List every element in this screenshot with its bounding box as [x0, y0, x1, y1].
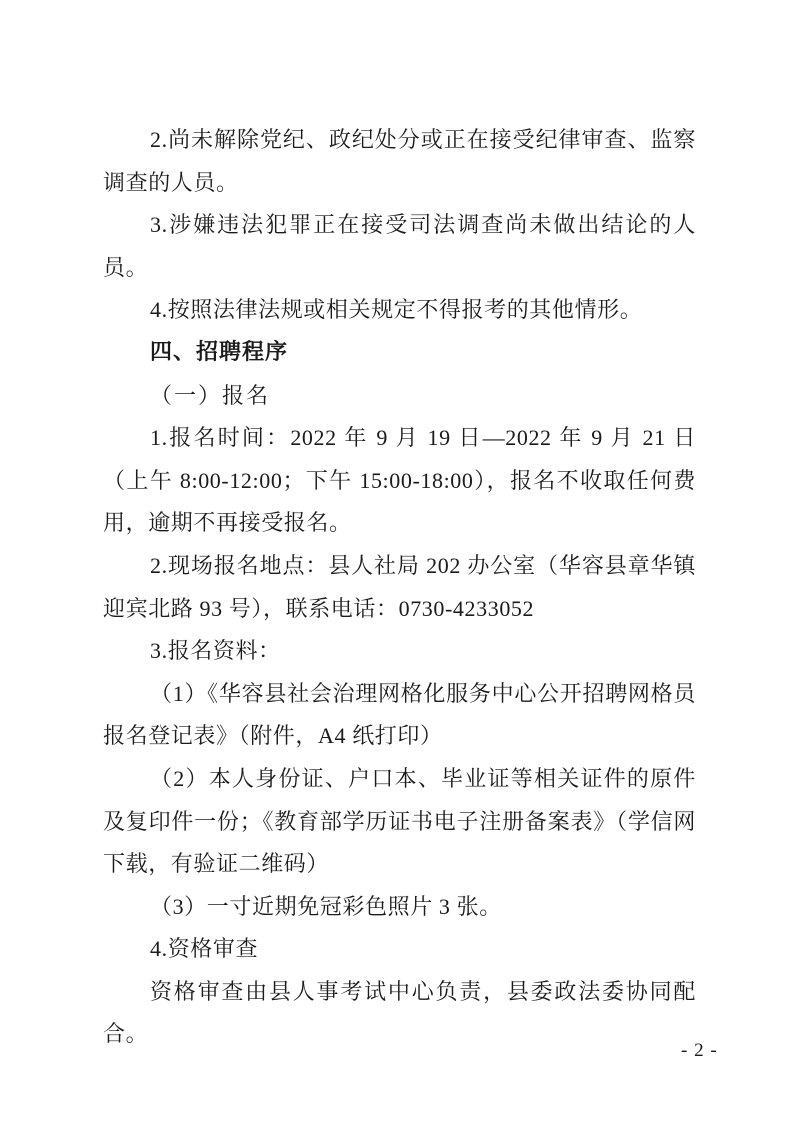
- paragraph: 4.按照法律法规或相关规定不得报考的其他情形。: [103, 289, 696, 332]
- paragraph: 4.资格审查: [103, 928, 696, 971]
- paragraph: 资格审查由县人事考试中心负责，县委政法委协同配合。: [103, 971, 696, 1056]
- paragraph: 1.报名时间：2022 年 9 月 19 日—2022 年 9 月 21 日（上…: [103, 417, 696, 545]
- paragraph: 3.报名资料：: [103, 630, 696, 673]
- paragraph: 2.现场报名地点：县人社局 202 办公室（华容县章华镇迎宾北路 93 号），联…: [103, 545, 696, 630]
- paragraph: （3）一寸近期免冠彩色照片 3 张。: [103, 886, 696, 929]
- paragraph: （2）本人身份证、户口本、毕业证等相关证件的原件及复印件一份；《教育部学历证书电…: [103, 758, 696, 886]
- page-number: - 2 -: [681, 1040, 718, 1062]
- section-heading: 四、招聘程序: [103, 332, 696, 375]
- document-body: 2.尚未解除党纪、政纪处分或正在接受纪律审查、监察调查的人员。3.涉嫌违法犯罪正…: [103, 119, 696, 1056]
- paragraph: 2.尚未解除党纪、政纪处分或正在接受纪律审查、监察调查的人员。: [103, 119, 696, 204]
- paragraph: （1）《华容县社会治理网格化服务中心公开招聘网格员报名登记表》（附件，A4 纸打…: [103, 673, 696, 758]
- document-page: 2.尚未解除党纪、政纪处分或正在接受纪律审查、监察调查的人员。3.涉嫌违法犯罪正…: [0, 0, 793, 1122]
- paragraph: 3.涉嫌违法犯罪正在接受司法调查尚未做出结论的人员。: [103, 204, 696, 289]
- subsection-heading: （一）报名: [103, 375, 696, 418]
